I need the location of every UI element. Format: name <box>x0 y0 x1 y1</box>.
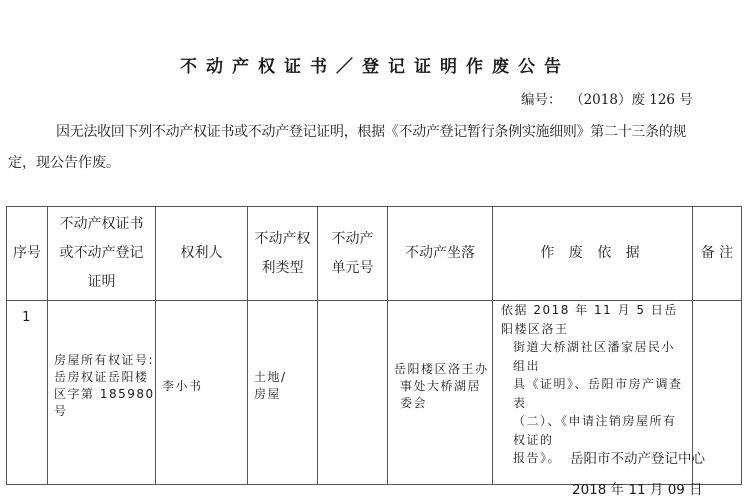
cell-unit-no <box>318 301 388 485</box>
header-remarks: 备 注 <box>693 207 742 301</box>
table-header-row: 序号 不动产权证书 或不动产登记 证明 权利人 不动产权 利类型 不动产 单元号… <box>7 207 742 301</box>
cell-right-type: 土地/ 房屋 <box>248 301 318 485</box>
voided-certificates-table: 序号 不动产权证书 或不动产登记 证明 权利人 不动产权 利类型 不动产 单元号… <box>6 206 742 485</box>
notice-paragraph-line-1: 因无法收回下列不动产权证书或不动产登记证明，根据《不动产登记暂行条例实施细则》第… <box>56 121 686 141</box>
notice-title: 不动产权证书／登记证明作废公告 <box>0 52 750 77</box>
cell-location: 岳阳楼区洛王办 事处大桥湖居 委会 <box>388 301 493 485</box>
cell-certificate: 房屋所有权证号: 岳房权证岳阳楼 区字第 185980 号 <box>48 301 156 485</box>
document-number-label: 编号： <box>521 92 562 108</box>
issuing-organization: 岳阳市不动产登记中心 <box>570 447 705 467</box>
header-certificate: 不动产权证书 或不动产登记 证明 <box>48 207 156 301</box>
notice-paragraph-line-2: 定，现公告作废。 <box>8 152 120 172</box>
header-location: 不动产坐落 <box>388 207 493 301</box>
header-unit-no: 不动产 单元号 <box>318 207 388 301</box>
cell-holder: 李小书 <box>156 301 248 485</box>
header-basis: 作 废 依 据 <box>493 207 693 301</box>
cell-seq: 1 <box>7 301 48 485</box>
document-number: 编号： （2018）废 126 号 <box>521 88 693 108</box>
document-number-value: （2018）废 126 号 <box>570 92 693 108</box>
header-holder: 权利人 <box>156 207 248 301</box>
issue-date: 2018 年 11 月 09 日 <box>572 478 703 498</box>
header-seq: 序号 <box>7 207 48 301</box>
header-right-type: 不动产权 利类型 <box>248 207 318 301</box>
